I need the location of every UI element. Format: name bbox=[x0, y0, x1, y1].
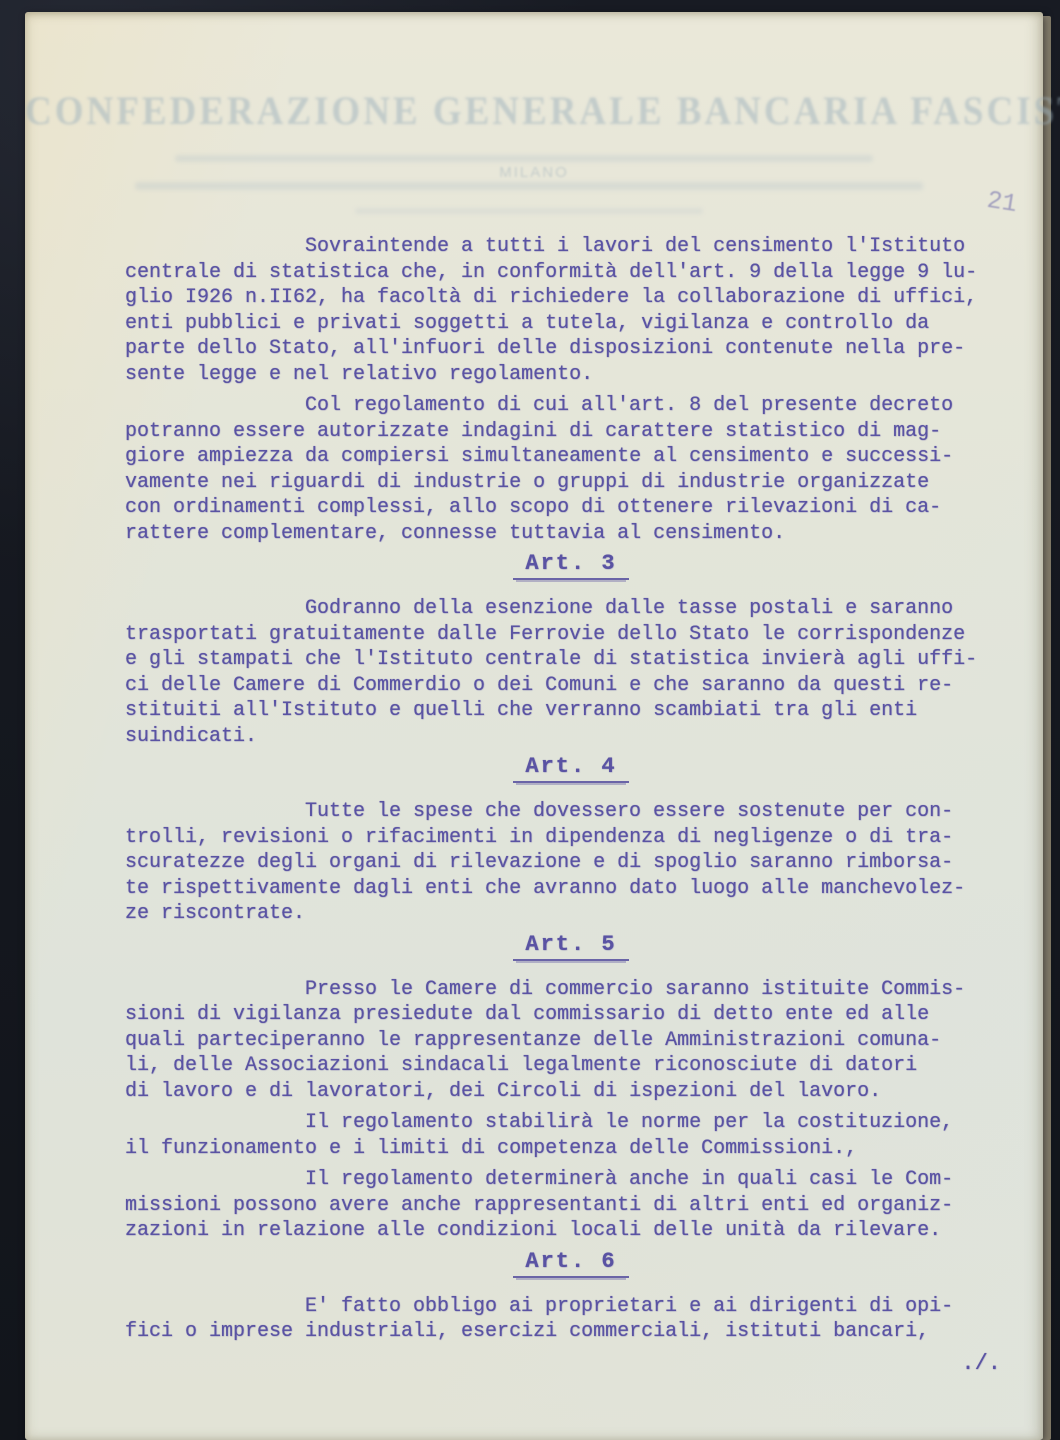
page-number: 21 bbox=[985, 186, 1019, 219]
ghost-letterhead-text: CONFEDERAZIONE GENERALE BANCARIA FASCIST… bbox=[25, 88, 1043, 134]
ghost-letterhead-rule bbox=[175, 155, 873, 162]
ghost-letterhead-rule bbox=[135, 182, 923, 190]
heading-art-4-label: Art. 4 bbox=[513, 755, 628, 783]
heading-art-4: Art. 4 bbox=[125, 755, 1017, 789]
heading-art-6: Art. 6 bbox=[125, 1250, 1017, 1284]
heading-art-5: Art. 5 bbox=[125, 933, 1017, 967]
document-page: CONFEDERAZIONE GENERALE BANCARIA FASCIST… bbox=[25, 12, 1043, 1440]
scan-mat-background: CONFEDERAZIONE GENERALE BANCARIA FASCIST… bbox=[0, 0, 1060, 1440]
paragraph-1-sovraintende: Sovraintende a tutti i lavori del censim… bbox=[125, 234, 1017, 387]
ghost-letterhead-rule bbox=[355, 208, 703, 214]
continuation-mark: ./. bbox=[125, 1351, 1017, 1377]
heading-art-3: Art. 3 bbox=[125, 552, 1017, 586]
typewritten-body: Sovraintende a tutti i lavori del censim… bbox=[125, 234, 1017, 1376]
heading-art-5-label: Art. 5 bbox=[513, 933, 628, 961]
paragraph-8-obbligo-proprietari: E' fatto obbligo ai proprietari e ai dir… bbox=[125, 1294, 1017, 1345]
heading-art-6-label: Art. 6 bbox=[513, 1250, 628, 1278]
paragraph-2-regolamento-art8: Col regolamento di cui all'art. 8 del pr… bbox=[125, 393, 1017, 546]
paragraph-7-regolamento-determinera: Il regolamento determinerà anche in qual… bbox=[125, 1167, 1017, 1244]
heading-art-3-label: Art. 3 bbox=[513, 552, 628, 580]
paragraph-3-esenzione-tasse: Godranno della esenzione dalle tasse pos… bbox=[125, 596, 1017, 749]
paragraph-4-spese-controlli: Tutte le spese che dovessero essere sost… bbox=[125, 799, 1017, 927]
paragraph-5-commissioni-vigilanza: Presso le Camere di commercio saranno is… bbox=[125, 977, 1017, 1105]
ghost-letterhead-subline: MILANO bbox=[25, 164, 1043, 181]
paragraph-6-regolamento-norme: Il regolamento stabilirà le norme per la… bbox=[125, 1110, 1017, 1161]
